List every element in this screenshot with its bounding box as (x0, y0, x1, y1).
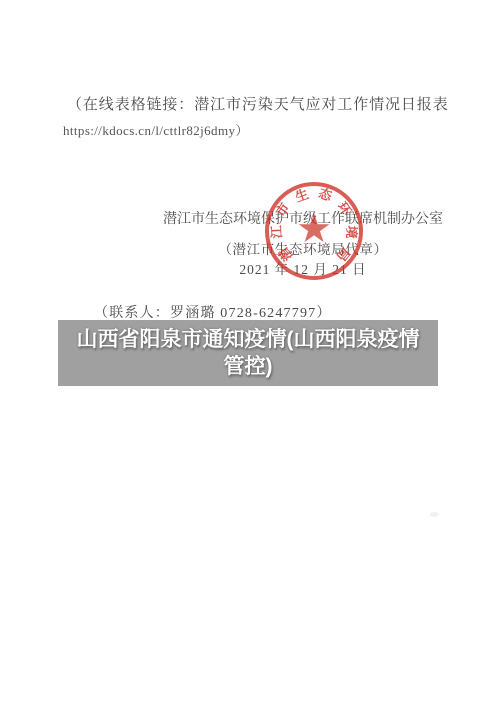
contact-person-line: （联系人：罗涵璐 0728-6247797） (94, 302, 332, 322)
signature-seal-note: （潜江市生态环境局代章） (103, 238, 500, 258)
article-title-banner: 山西省阳泉市通知疫情(山西阳泉疫情管控) (58, 320, 438, 386)
online-form-url-text: https://kdocs.cn/l/cttlr82j6dmy） (63, 120, 249, 139)
signature-date: 2021 年 12 月 21 日 (103, 258, 500, 278)
seal-arc-char: 态 (315, 185, 335, 205)
signature-org-name: 潜江市生态环境保护市级工作联席机制办公室 (103, 208, 500, 228)
online-form-link-text: （在线表格链接：潜江市污染天气应对工作情况日报表 (67, 93, 449, 114)
seal-arc-char: 生 (292, 185, 312, 205)
scan-artifact (430, 512, 439, 517)
scanned-document-page: （在线表格链接：潜江市污染天气应对工作情况日报表 https://kdocs.c… (0, 0, 500, 706)
